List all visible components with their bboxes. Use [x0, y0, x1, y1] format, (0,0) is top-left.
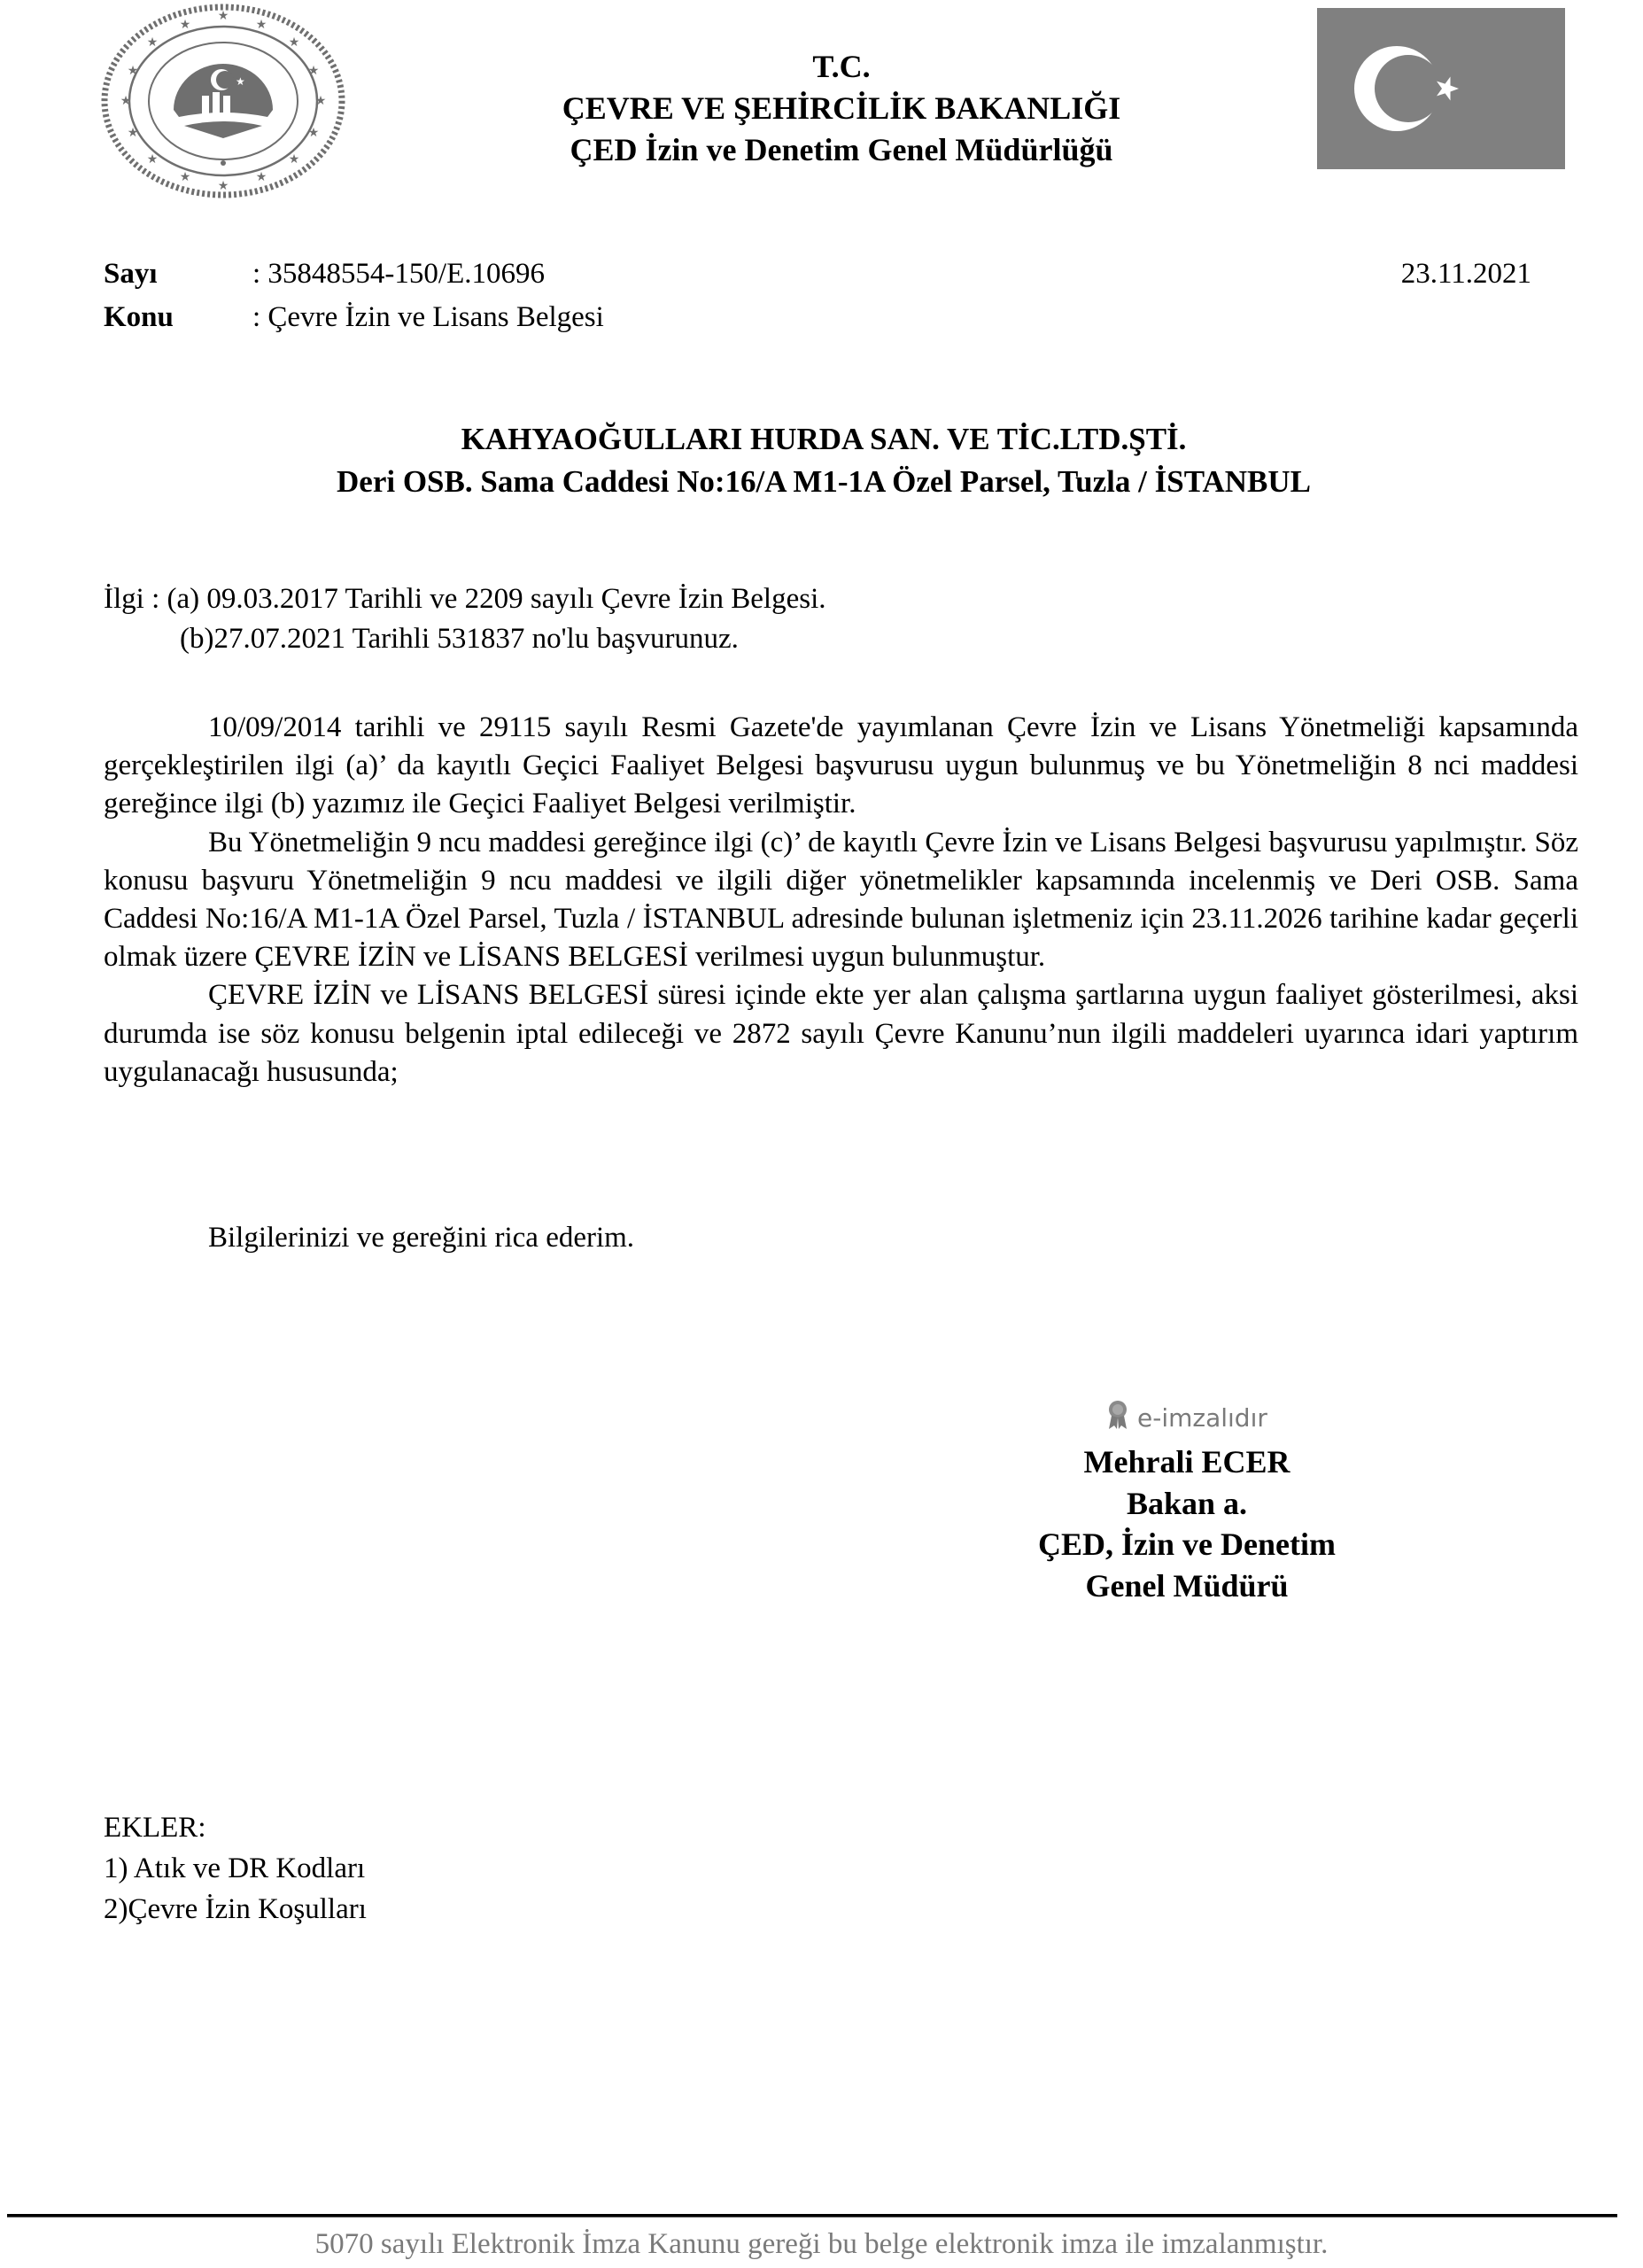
svg-text:★: ★ — [289, 35, 300, 50]
ministry-seal-icon: ★ ★ ★ ★ ★ ★ ★ ★ ★ ★ ★ ★ ★ ★ ★ ★ ★ — [99, 4, 347, 198]
award-ribbon-icon — [1107, 1400, 1128, 1436]
header-directorate: ÇED İzin ve Denetim Genel Müdürlüğü — [425, 129, 1258, 170]
document-date: 23.11.2021 — [1401, 253, 1531, 294]
e-signature-label: e-imzalıdır — [1137, 1403, 1267, 1433]
recipient-address: Deri OSB. Sama Caddesi No:16/A M1-1A Öze… — [159, 461, 1488, 503]
svg-text:★: ★ — [180, 170, 191, 184]
attachments-heading: EKLER: — [104, 1807, 205, 1848]
header-ministry: ÇEVRE VE ŞEHİRCİLİK BAKANLIĞI — [425, 88, 1258, 128]
svg-text:★: ★ — [147, 152, 159, 167]
konu-value: : Çevre İzin ve Lisans Belgesi — [252, 297, 604, 338]
svg-text:★: ★ — [256, 170, 267, 184]
attachment-item-1[interactable]: 1) Atık ve DR Kodları — [104, 1848, 365, 1889]
svg-text:★: ★ — [236, 75, 245, 88]
document-meta: Sayı : 35848554-150/E.10696 23.11.2021 K… — [104, 253, 1521, 342]
footer-note: 5070 sayılı Elektronik İmza Kanunu gereğ… — [0, 2225, 1643, 2263]
sayi-value: : 35848554-150/E.10696 — [252, 253, 545, 294]
body-paragraph-2: Bu Yönetmeliğin 9 ncu maddesi gereğince … — [104, 824, 1578, 977]
svg-text:★: ★ — [218, 9, 229, 23]
svg-text:★: ★ — [180, 18, 191, 32]
body-paragraph-3: ÇEVRE İZİN ve LİSANS BELGESİ süresi için… — [104, 976, 1578, 1091]
svg-text:★: ★ — [218, 179, 229, 193]
e-signature-badge: e-imzalıdır — [1107, 1402, 1267, 1433]
signatory-title-3: Genel Müdürü — [957, 1565, 1417, 1607]
svg-text:★: ★ — [128, 126, 139, 140]
svg-text:★: ★ — [128, 64, 139, 78]
signatory-name: Mehrali ECER — [957, 1441, 1417, 1483]
body-paragraph-1: 10/09/2014 tarihli ve 29115 sayılı Resmi… — [104, 709, 1578, 824]
svg-text:★: ★ — [308, 64, 320, 78]
footer-divider — [7, 2214, 1617, 2218]
konu-label: Konu — [104, 297, 174, 338]
svg-text:★: ★ — [308, 126, 320, 140]
svg-text:★: ★ — [315, 94, 327, 108]
signatory-title-1: Bakan a. — [957, 1483, 1417, 1525]
sayi-label: Sayı — [104, 253, 158, 294]
ilgi-b: (b)27.07.2021 Tarihli 531837 no'lu başvu… — [180, 620, 739, 658]
svg-text:★: ★ — [147, 35, 159, 50]
signatory-title-2: ÇED, İzin ve Denetim — [957, 1524, 1417, 1565]
svg-text:★: ★ — [256, 18, 267, 32]
attachment-item-2[interactable]: 2)Çevre İzin Koşulları — [104, 1889, 367, 1930]
recipient-name: KAHYAOĞULLARI HURDA SAN. VE TİC.LTD.ŞTİ. — [159, 418, 1488, 461]
turkish-flag-icon — [1317, 8, 1565, 169]
svg-text:★: ★ — [289, 152, 300, 167]
svg-text:★: ★ — [120, 94, 132, 108]
ilgi-a: İlgi : (a) 09.03.2017 Tarihli ve 2209 sa… — [104, 580, 826, 618]
header-tc: T.C. — [425, 46, 1258, 87]
closing-line: Bilgilerinizi ve gereğini rica ederim. — [208, 1219, 634, 1257]
letter-body: 10/09/2014 tarihli ve 29115 sayılı Resmi… — [104, 709, 1578, 1091]
